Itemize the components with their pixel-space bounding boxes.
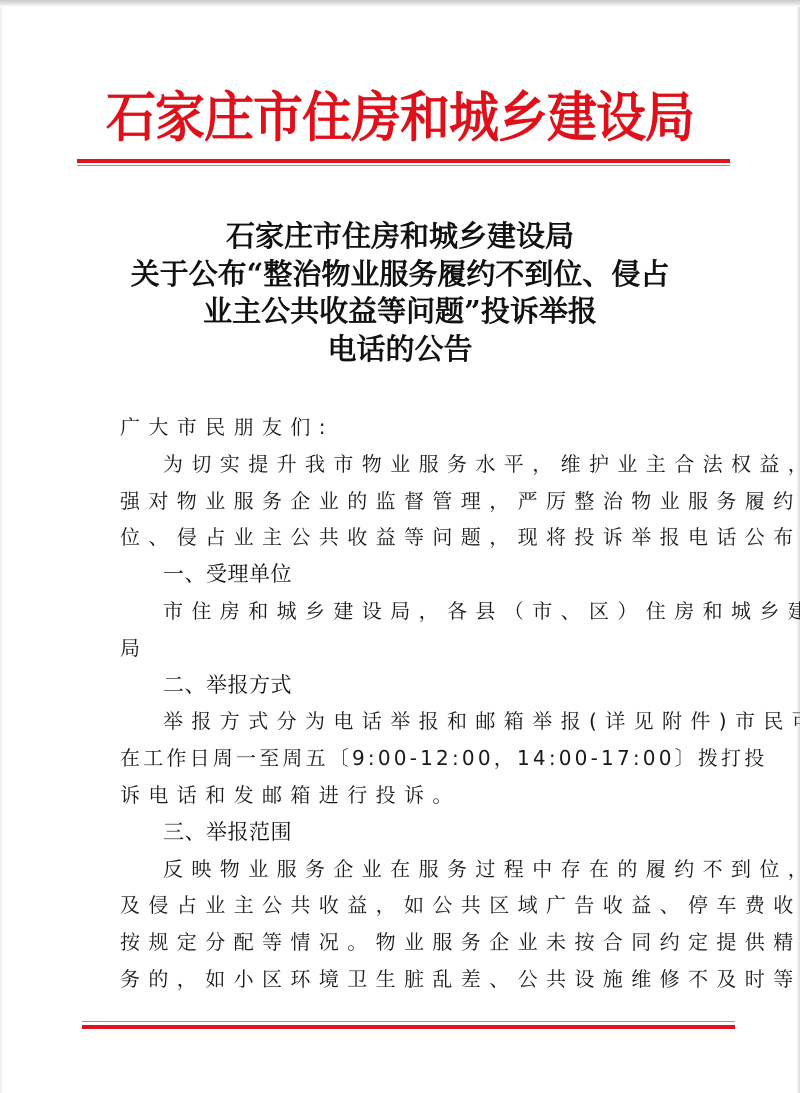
title-line: 石家庄市住房和城乡建设局 <box>0 218 800 256</box>
section-line: 反映物业服务企业在服务过程中存在的履约不到位，以 <box>120 851 695 888</box>
section-line: 及侵占业主公共收益，如公共区域广告收益、停车费收益未 <box>120 887 695 924</box>
section-heading-report-methods: 二、举报方式 <box>120 667 695 704</box>
section-line: 市住房和城乡建设局，各县（市、区）住房和城乡建设 <box>120 593 695 630</box>
letterhead-organization: 石家庄市住房和城乡建设局 <box>0 82 800 153</box>
section-line: 举报方式分为电话举报和邮箱举报(详见附件)市民可 <box>120 703 695 740</box>
section-line: 务的，如小区环境卫生脏乱差、公共设施维修不及时等情况 <box>120 961 695 998</box>
footer-rule-thin <box>82 1021 735 1022</box>
intro-line: 为切实提升我市物业服务水平，维护业主合法权益，加 <box>120 446 695 483</box>
section-heading-receiving-units: 一、受理单位 <box>120 556 695 593</box>
announcement-title: 石家庄市住房和城乡建设局 关于公布“整治物业服务履约不到位、侵占 业主公共收益等… <box>0 218 800 368</box>
section-line: 局 <box>120 630 695 667</box>
footer-rule-thick <box>82 1025 735 1029</box>
section-heading-report-scope: 三、举报范围 <box>120 814 695 851</box>
salutation: 广大市民朋友们: <box>120 409 695 446</box>
title-line: 电话的公告 <box>0 331 800 369</box>
document-page: 石家庄市住房和城乡建设局 石家庄市住房和城乡建设局 关于公布“整治物业服务履约不… <box>0 0 800 1093</box>
intro-line: 位、侵占业主公共收益等问题，现将投诉举报电话公布如下: <box>120 519 695 556</box>
section-line-hours: 在工作日周一至周五〔9:00-12:00，14:00-17:00〕拨打投 <box>120 740 695 777</box>
section-line: 按规定分配等情况。物业服务企业未按合同约定提供精准服 <box>120 924 695 961</box>
title-line: 关于公布“整治物业服务履约不到位、侵占 <box>0 256 800 294</box>
section-line: 诉电话和发邮箱进行投诉。 <box>120 777 695 814</box>
announcement-body: 广大市民朋友们: 为切实提升我市物业服务水平，维护业主合法权益，加 强对物业服务… <box>120 409 695 998</box>
letterhead-rule-thick <box>77 159 730 163</box>
title-line: 业主公共收益等问题”投诉举报 <box>0 293 800 331</box>
intro-line: 强对物业服务企业的监督管理，严厉整治物业服务履约不到 <box>120 483 695 520</box>
letterhead-rule-thin <box>77 165 730 166</box>
